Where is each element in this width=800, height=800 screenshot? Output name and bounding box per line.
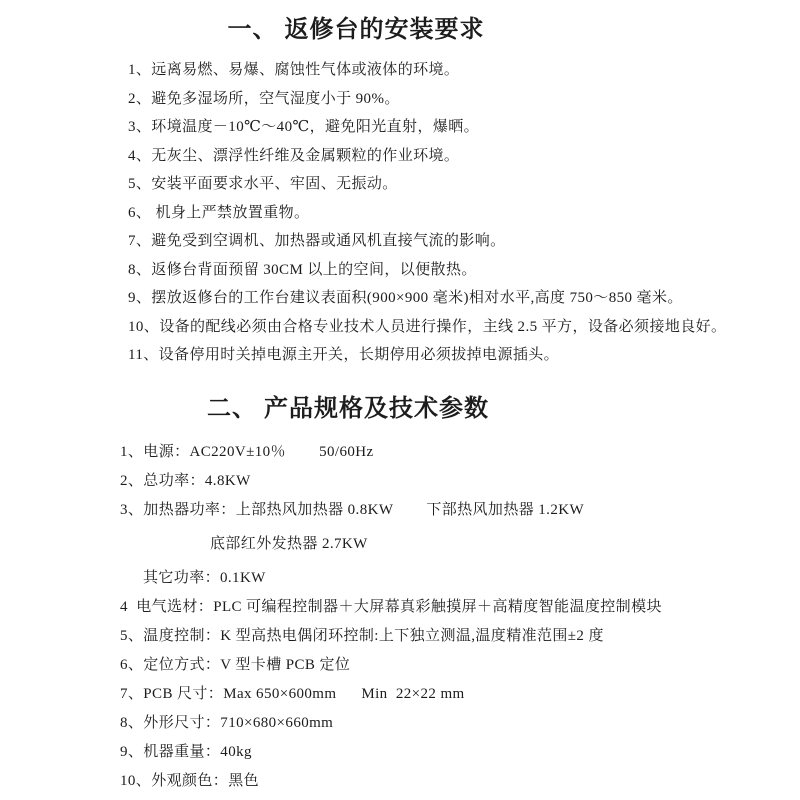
spec-line-other-power: 其它功率：0.1KW	[120, 564, 760, 593]
install-item-8: 8、返修台背面预留 30CM 以上的空间，以便散热。	[128, 256, 760, 285]
spec-line-appearance-color: 10、外观颜色：黑色	[120, 767, 760, 796]
spec-line-pcb-size: 7、PCB 尺寸：Max 650×600mm Min 22×22 mm	[120, 680, 760, 709]
install-item-5: 5、安装平面要求水平、牢固、无振动。	[128, 170, 760, 199]
install-item-3: 3、环境温度－10℃～40℃，避免阳光直射，爆晒。	[128, 113, 760, 142]
spec-line-outer-dimensions: 8、外形尺寸：710×680×660mm	[120, 709, 760, 738]
section1-title: 一、 返修台的安装要求	[0, 14, 712, 46]
spec-line-electrical-parts: 4 电气选材：PLC 可编程控制器＋大屏幕真彩触摸屏＋高精度智能温度控制模块	[120, 593, 760, 622]
install-item-6: 6、 机身上严禁放置重物。	[128, 199, 760, 228]
spec-line-temperature-control: 5、温度控制：K 型高热电偶闭环控制:上下独立测温,温度精准范围±2 度	[120, 622, 760, 651]
install-item-2: 2、避免多湿场所，空气湿度小于 90%。	[128, 85, 760, 114]
install-item-1: 1、远离易燃、易爆、腐蚀性气体或液体的环境。	[128, 56, 760, 85]
section2-title: 二、 产品规格及技术参数	[0, 393, 704, 425]
section-installation-requirements: 一、 返修台的安装要求 1、远离易燃、易爆、腐蚀性气体或液体的环境。 2、避免多…	[128, 14, 760, 370]
install-item-7: 7、避免受到空调机、加热器或通风机直接气流的影响。	[128, 227, 760, 256]
document-page: 一、 返修台的安装要求 1、远离易燃、易爆、腐蚀性气体或液体的环境。 2、避免多…	[0, 0, 800, 800]
spec-line-positioning-method: 6、定位方式：V 型卡槽 PCB 定位	[120, 651, 760, 680]
install-item-10: 10、设备的配线必须由合格专业技术人员进行操作，主线 2.5 平方，设备必须接地…	[128, 313, 760, 342]
install-item-9: 9、摆放返修台的工作台建议表面积(900×900 毫米)相对水平,高度 750～…	[128, 284, 760, 313]
install-item-4: 4、无灰尘、漂浮性纤维及金属颗粒的作业环境。	[128, 142, 760, 171]
section-product-specifications: 二、 产品规格及技术参数 1、电源：AC220V±10％ 50/60Hz 2、总…	[120, 393, 760, 796]
install-item-11: 11、设备停用时关掉电源主开关，长期停用必须拔掉电源插头。	[128, 341, 760, 370]
spec-line-machine-weight: 9、机器重量：40kg	[120, 738, 760, 767]
spec-line-heater-power: 3、加热器功率：上部热风加热器 0.8KW 下部热风加热器 1.2KW	[120, 496, 760, 525]
spec-line-bottom-ir-heater: 底部红外发热器 2.7KW	[120, 530, 760, 559]
spec-line-total-power: 2、总功率：4.8KW	[120, 467, 760, 496]
spec-line-power-supply: 1、电源：AC220V±10％ 50/60Hz	[120, 438, 760, 467]
